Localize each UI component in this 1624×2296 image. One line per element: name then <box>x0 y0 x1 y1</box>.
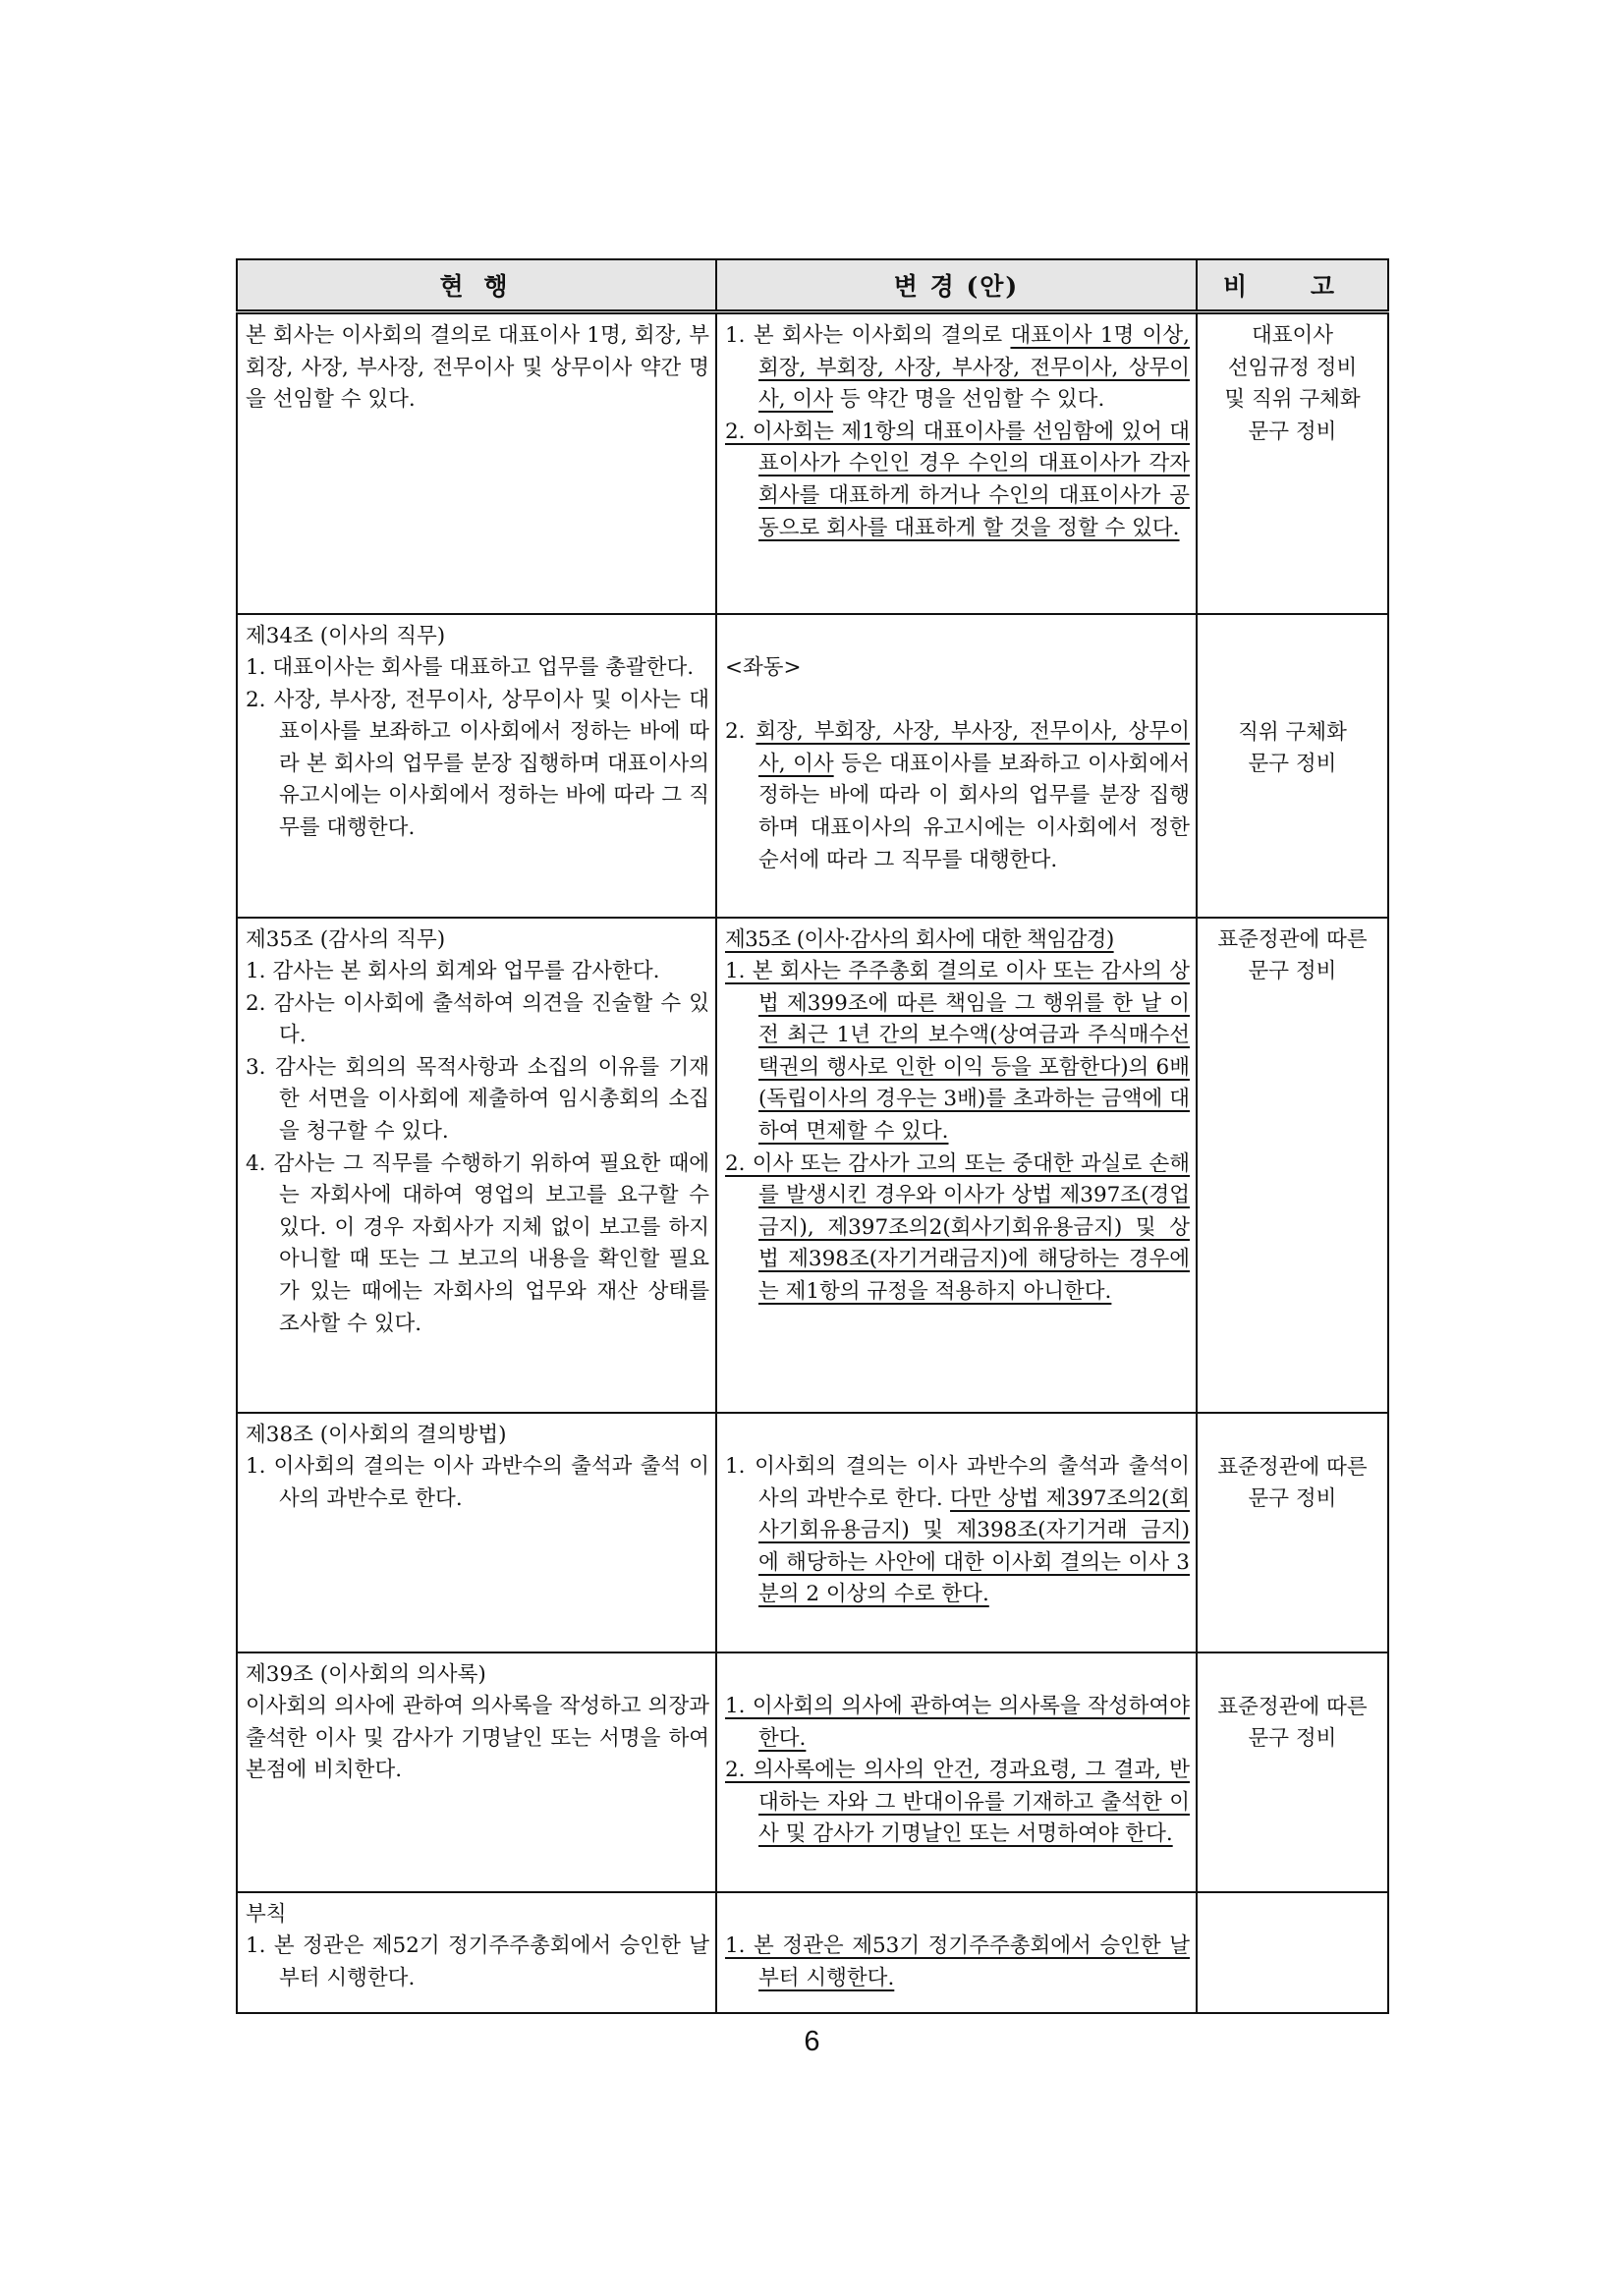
table-row: 제38조 (이사회의 결의방법) 1. 이사회의 결의는 이사 과반수의 출석과… <box>237 1413 1388 1652</box>
proposed-item-1: 1. 이사회의 의사에 관하여는 의사록을 작성하여야 한다. <box>725 1691 1190 1755</box>
current-item-1: 1. 본 정관은 제52기 정기주주총회에서 승인한 날부터 시행한다. <box>246 1931 709 1994</box>
article-title: 제38조 (이사회의 결의방법) <box>246 1420 709 1452</box>
current-item-3: 3. 감사는 회의의 목적사항과 소집의 이유를 기재한 서면을 이사회에 제출… <box>246 1052 709 1148</box>
proposed-item-1: 1. 본 회사는 주주총회 결의로 이사 또는 감사의 상법 제399조에 따른… <box>725 956 1190 1148</box>
current-cell: 제38조 (이사회의 결의방법) 1. 이사회의 결의는 이사 과반수의 출석과… <box>237 1413 716 1652</box>
remarks-cell: 직위 구체화 문구 정비 <box>1197 614 1388 918</box>
current-cell: 본 회사는 이사회의 결의로 대표이사 1명, 회장, 부회장, 사장, 부사장… <box>237 312 716 614</box>
addenda-title: 부칙 <box>246 1899 709 1932</box>
header-remarks: 비 고 <box>1197 259 1388 312</box>
proposed-cell: 1. 이사회의 결의는 이사 과반수의 출석과 출석이사의 과반수로 한다. 다… <box>716 1413 1197 1652</box>
remarks-text: 표준정관에 따른 문구 정비 <box>1198 1414 1387 1522</box>
current-text: 본 회사는 이사회의 결의로 대표이사 1명, 회장, 부회장, 사장, 부사장… <box>246 320 709 417</box>
proposed-cell: 제35조 (이사·감사의 회사에 대한 책임감경) 1. 본 회사는 주주총회 … <box>716 918 1197 1413</box>
current-item-1: 1. 대표이사는 회사를 대표하고 업무를 총괄한다. <box>246 652 709 685</box>
current-cell: 부칙 1. 본 정관은 제52기 정기주주총회에서 승인한 날부터 시행한다. <box>237 1892 716 2013</box>
current-item-1: 1. 이사회의 결의는 이사 과반수의 출석과 출석 이사의 과반수로 한다. <box>246 1451 709 1515</box>
remarks-text: 대표이사 선임규정 정비 및 직위 구체화 문구 정비 <box>1198 314 1387 454</box>
amendment-comparison-table: 현 행 변 경 (안) 비 고 본 회사는 이사회의 결의로 대표이사 1명, … <box>236 258 1389 2014</box>
current-cell: 제34조 (이사의 직무) 1. 대표이사는 회사를 대표하고 업무를 총괄한다… <box>237 614 716 918</box>
current-item-4: 4. 감사는 그 직무를 수행하기 위하여 필요한 때에는 자회사에 대하여 영… <box>246 1148 709 1341</box>
document-page: 현 행 변 경 (안) 비 고 본 회사는 이사회의 결의로 대표이사 1명, … <box>0 0 1624 2296</box>
proposed-cell: 1. 이사회의 의사에 관하여는 의사록을 작성하여야 한다. 2. 의사록에는… <box>716 1652 1197 1892</box>
proposed-item-1: 1. 본 정관은 제53기 정기주주총회에서 승인한 날부터 시행한다. <box>725 1931 1190 1994</box>
table-row: 부칙 1. 본 정관은 제52기 정기주주총회에서 승인한 날부터 시행한다. … <box>237 1892 1388 2013</box>
proposed-cell: <좌동> 2. 회장, 부회장, 사장, 부사장, 전무이사, 상무이사, 이사… <box>716 614 1197 918</box>
proposed-cell: 1. 본 회사는 이사회의 결의로 대표이사 1명 이상, 회장, 부회장, 사… <box>716 312 1197 614</box>
unchanged-text: 등 약간 명을 선임할 수 있다. <box>833 387 1104 412</box>
table-row: 제35조 (감사의 직무) 1. 감사는 본 회사의 회계와 업무를 감사한다.… <box>237 918 1388 1413</box>
proposed-item-1: 1. 이사회의 결의는 이사 과반수의 출석과 출석이사의 과반수로 한다. 다… <box>725 1451 1190 1611</box>
item-number: 2. <box>725 719 756 744</box>
proposed-item-2: 2. 이사 또는 감사가 고의 또는 중대한 과실로 손해를 발생시킨 경우와 … <box>725 1148 1190 1309</box>
proposed-item-2: 2. 의사록에는 의사의 안건, 경과요령, 그 결과, 반대하는 자와 그 반… <box>725 1755 1190 1851</box>
header-proposed: 변 경 (안) <box>716 259 1197 312</box>
current-item-1: 1. 감사는 본 회사의 회계와 업무를 감사한다. <box>246 956 709 988</box>
proposed-item-2: 2. 이사회는 제1항의 대표이사를 선임함에 있어 대표이사가 수인인 경우 … <box>725 417 1190 544</box>
article-title: 제34조 (이사의 직무) <box>246 621 709 653</box>
remarks-cell <box>1197 1892 1388 2013</box>
same-as-left-label: <좌동> <box>725 652 1190 685</box>
current-cell: 제39조 (이사회의 의사록) 이사회의 의사에 관하여 의사록을 작성하고 의… <box>237 1652 716 1892</box>
table-row: 제39조 (이사회의 의사록) 이사회의 의사에 관하여 의사록을 작성하고 의… <box>237 1652 1388 1892</box>
proposed-cell: 1. 본 정관은 제53기 정기주주총회에서 승인한 날부터 시행한다. <box>716 1892 1197 2013</box>
remarks-cell: 표준정관에 따른 문구 정비 <box>1197 1413 1388 1652</box>
proposed-item-1: 1. 본 회사는 이사회의 결의로 대표이사 1명 이상, 회장, 부회장, 사… <box>725 320 1190 417</box>
current-text: 이사회의 의사에 관하여 의사록을 작성하고 의장과 출석한 이사 및 감사가 … <box>246 1691 709 1787</box>
page-number: 6 <box>0 2026 1624 2058</box>
table-header-row: 현 행 변 경 (안) 비 고 <box>237 259 1388 312</box>
table-row: 본 회사는 이사회의 결의로 대표이사 1명, 회장, 부회장, 사장, 부사장… <box>237 312 1388 614</box>
article-title: 제39조 (이사회의 의사록) <box>246 1659 709 1692</box>
current-item-2: 2. 감사는 이사회에 출석하여 의견을 진술할 수 있다. <box>246 988 709 1052</box>
article-title: 제35조 (이사·감사의 회사에 대한 책임감경) <box>725 924 1190 957</box>
current-item-2: 2. 사장, 부사장, 전무이사, 상무이사 및 이사는 대표이사를 보좌하고 … <box>246 685 709 845</box>
unchanged-text: 본 회사는 이사회의 결의로 <box>754 323 1011 348</box>
remarks-text: 표준정관에 따른 문구 정비 <box>1198 1653 1387 1762</box>
current-cell: 제35조 (감사의 직무) 1. 감사는 본 회사의 회계와 업무를 감사한다.… <box>237 918 716 1413</box>
remarks-text: 표준정관에 따른 문구 정비 <box>1198 919 1387 994</box>
remarks-cell: 표준정관에 따른 문구 정비 <box>1197 918 1388 1413</box>
remarks-cell: 대표이사 선임규정 정비 및 직위 구체화 문구 정비 <box>1197 312 1388 614</box>
remarks-text <box>1198 1893 1387 1905</box>
item-number: 1. <box>725 323 746 348</box>
remarks-cell: 표준정관에 따른 문구 정비 <box>1197 1652 1388 1892</box>
remarks-text: 직위 구체화 문구 정비 <box>1198 615 1387 787</box>
table-row: 제34조 (이사의 직무) 1. 대표이사는 회사를 대표하고 업무를 총괄한다… <box>237 614 1388 918</box>
proposed-item-2: 2. 회장, 부회장, 사장, 부사장, 전무이사, 상무이사, 이사 등은 대… <box>725 716 1190 876</box>
article-title: 제35조 (감사의 직무) <box>246 924 709 957</box>
header-current: 현 행 <box>237 259 716 312</box>
